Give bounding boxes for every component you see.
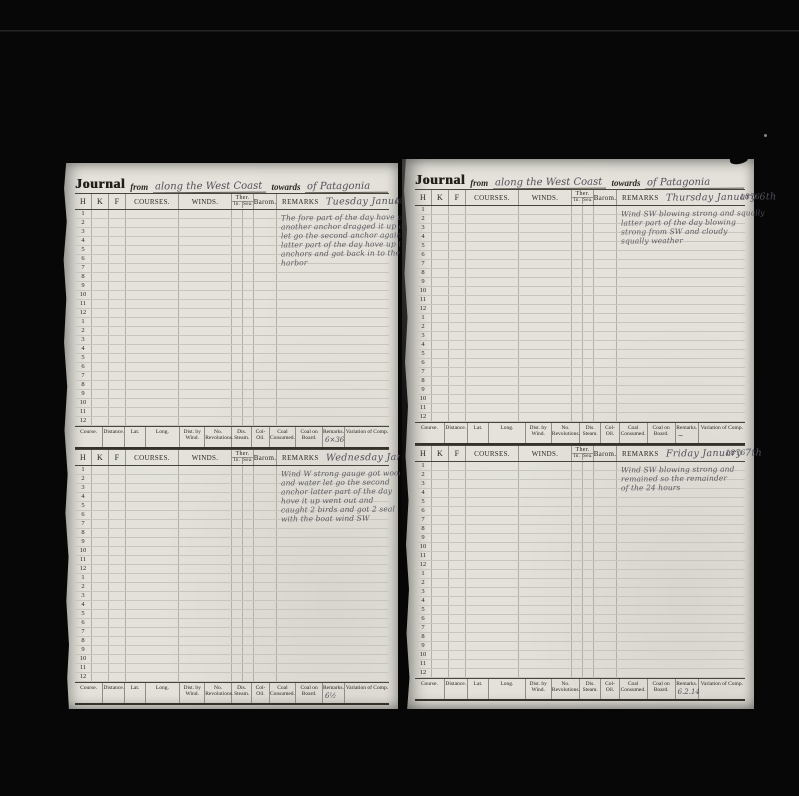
log-cell — [277, 619, 389, 627]
hour-cell: 9 — [415, 278, 432, 286]
log-cell — [583, 206, 594, 214]
log-cell — [583, 597, 594, 605]
log-cell — [583, 395, 594, 403]
log-cell — [583, 377, 594, 385]
journal-page-left: Journal from along the West Coast toward… — [62, 163, 398, 709]
log-cell — [466, 413, 519, 421]
hour-cell: 8 — [415, 269, 432, 277]
hour-cell: 8 — [75, 637, 92, 645]
hour-cell: 2 — [75, 583, 92, 591]
log-cell — [92, 372, 109, 380]
log-cell — [92, 246, 109, 254]
log-cell — [277, 529, 389, 537]
log-row: 8 — [415, 525, 745, 534]
log-cell — [594, 314, 617, 322]
log-cell — [126, 345, 179, 353]
log-cell — [572, 606, 583, 614]
log-cell — [617, 606, 745, 614]
hour-cell: 4 — [415, 489, 432, 497]
log-cell — [432, 404, 449, 412]
log-cell — [254, 538, 277, 546]
log-cell — [243, 345, 254, 353]
log-cell — [277, 318, 389, 326]
log-cell — [617, 642, 745, 650]
log-cell — [449, 516, 466, 524]
log-cell — [449, 278, 466, 286]
log-cell — [519, 525, 572, 533]
footer-col-course: Course. — [75, 427, 103, 447]
log-cell — [126, 610, 179, 618]
log-cell — [449, 480, 466, 488]
log-row: 7 — [415, 368, 745, 377]
log-cell — [572, 498, 583, 506]
log-cell — [232, 538, 243, 546]
log-row: 4 — [415, 489, 745, 498]
log-row: 2 — [415, 323, 745, 332]
log-cell — [277, 381, 389, 389]
log-cell — [179, 273, 232, 281]
footer-col-long: Long. — [489, 423, 525, 443]
log-cell — [243, 664, 254, 672]
log-cell — [126, 592, 179, 600]
log-row: 10 — [415, 395, 745, 404]
log-cell — [572, 386, 583, 394]
log-cell — [617, 570, 745, 578]
log-cell — [519, 633, 572, 641]
log-cell — [109, 601, 126, 609]
log-row: 7 — [415, 624, 745, 633]
hour-cell: 5 — [415, 606, 432, 614]
log-cell — [466, 278, 519, 286]
log-cell — [243, 228, 254, 236]
log-cell — [572, 552, 583, 560]
footer-note-handwriting: 6.2.14 — [678, 689, 700, 695]
log-cell — [254, 628, 277, 636]
hour-cell: 7 — [415, 624, 432, 632]
log-row: 5 — [415, 498, 745, 507]
log-cell — [519, 642, 572, 650]
log-cell — [432, 251, 449, 259]
log-cell — [572, 660, 583, 668]
log-table-header: H K F COURSES. WINDS. Ther. In. Sea. Bar… — [75, 193, 389, 210]
log-cell — [109, 664, 126, 672]
log-cell — [232, 345, 243, 353]
log-cell — [277, 502, 389, 510]
hour-cell: 9 — [415, 386, 432, 394]
log-cell — [594, 377, 617, 385]
log-cell — [519, 651, 572, 659]
log-cell — [179, 336, 232, 344]
log-cell — [277, 484, 389, 492]
log-cell — [179, 300, 232, 308]
log-cell — [109, 529, 126, 537]
log-cell — [594, 233, 617, 241]
log-cell — [594, 516, 617, 524]
log-cell — [92, 511, 109, 519]
hour-cell: 10 — [75, 655, 92, 663]
col-header-f: F — [449, 446, 466, 461]
log-cell — [232, 466, 243, 474]
log-row: 1 — [415, 206, 745, 215]
ther-subcolumns: In. Sea. — [572, 197, 593, 204]
log-cell — [277, 646, 389, 654]
log-row: 11 — [75, 300, 389, 309]
log-cell — [432, 480, 449, 488]
log-cell — [594, 552, 617, 560]
log-cell — [92, 318, 109, 326]
col-header-h: H — [75, 194, 92, 209]
log-cell — [109, 484, 126, 492]
towards-label: towards — [611, 178, 640, 189]
log-cell — [583, 215, 594, 223]
hour-cell: 11 — [75, 408, 92, 416]
footer-col-dis-steam: Dis. Steam. — [232, 427, 252, 447]
hour-cell: 3 — [415, 588, 432, 596]
log-cell — [432, 377, 449, 385]
log-cell — [594, 534, 617, 542]
log-cell — [572, 588, 583, 596]
log-cell — [243, 565, 254, 573]
log-cell — [466, 570, 519, 578]
log-cell — [519, 233, 572, 241]
log-cell — [583, 242, 594, 250]
log-cell — [449, 314, 466, 322]
hour-cell: 11 — [75, 664, 92, 672]
log-cell — [519, 350, 572, 358]
log-cell — [232, 282, 243, 290]
log-cell — [449, 242, 466, 250]
log-cell — [617, 368, 745, 376]
log-cell — [243, 264, 254, 272]
hour-cell: 5 — [75, 354, 92, 362]
hour-rows: The fore part of the day hove upanother … — [75, 210, 389, 426]
summary-footer-row: Course.Distance.Lat.Long.Dist. by Wind.N… — [415, 422, 745, 445]
col-header-winds: WINDS. — [179, 194, 232, 209]
log-cell — [109, 336, 126, 344]
hour-cell: 5 — [75, 502, 92, 510]
hour-cell: 1 — [75, 318, 92, 326]
footer-col-coal-consumed: Coal Consumed. — [270, 427, 297, 447]
log-row: 6 — [415, 507, 745, 516]
log-cell — [243, 372, 254, 380]
log-cell — [572, 305, 583, 313]
log-row: 3 — [415, 588, 745, 597]
log-cell — [572, 368, 583, 376]
log-row: 2 — [75, 327, 389, 336]
hour-cell: 3 — [75, 592, 92, 600]
log-cell — [466, 642, 519, 650]
footer-col-distance: Distance. — [445, 423, 468, 443]
log-cell — [466, 305, 519, 313]
log-cell — [92, 583, 109, 591]
hour-cell: 10 — [415, 651, 432, 659]
log-cell — [583, 462, 594, 470]
log-cell — [92, 354, 109, 362]
hour-cell: 11 — [415, 552, 432, 560]
log-row: 12 — [75, 309, 389, 318]
log-cell — [109, 255, 126, 263]
log-cell — [92, 255, 109, 263]
log-cell — [243, 628, 254, 636]
hour-cell: 10 — [415, 543, 432, 551]
log-cell — [466, 525, 519, 533]
footer-col-col-oil: Col-Oil. — [601, 679, 619, 699]
footer-col-remarks: Remarks.~ — [676, 423, 699, 443]
footer-col-remarks: Remarks.6.2.14 — [676, 679, 699, 699]
log-cell — [277, 372, 389, 380]
log-cell — [277, 264, 389, 272]
log-cell — [109, 592, 126, 600]
hour-cell: 6 — [75, 363, 92, 371]
log-cell — [449, 305, 466, 313]
log-cell — [572, 260, 583, 268]
log-cell — [232, 336, 243, 344]
log-cell — [432, 395, 449, 403]
hour-cell: 10 — [75, 399, 92, 407]
log-row: 2 — [415, 579, 745, 588]
log-cell — [254, 219, 277, 227]
log-cell — [232, 273, 243, 281]
col-header-ther: Ther. In. Sea. — [572, 190, 594, 205]
log-cell — [126, 664, 179, 672]
log-cell — [519, 278, 572, 286]
log-cell — [583, 534, 594, 542]
hour-cell: 1 — [75, 466, 92, 474]
log-cell — [232, 210, 243, 218]
footer-col-dis-steam: Dis. Steam. — [580, 423, 601, 443]
hour-cell: 4 — [75, 345, 92, 353]
log-row: 5 — [415, 242, 745, 251]
log-cell — [449, 404, 466, 412]
log-cell — [126, 300, 179, 308]
log-cell — [277, 655, 389, 663]
log-cell — [254, 408, 277, 416]
log-row: 8 — [75, 273, 389, 282]
log-cell — [449, 579, 466, 587]
log-cell — [232, 493, 243, 501]
log-cell — [254, 646, 277, 654]
log-cell — [126, 574, 179, 582]
log-cell — [572, 579, 583, 587]
log-cell — [92, 390, 109, 398]
log-cell — [519, 251, 572, 259]
hour-cell: 7 — [75, 264, 92, 272]
log-row: 2 — [415, 215, 745, 224]
log-cell — [277, 673, 389, 681]
log-cell — [594, 368, 617, 376]
log-row: 1 — [75, 466, 389, 475]
log-cell — [617, 278, 745, 286]
log-cell — [232, 547, 243, 555]
log-cell — [519, 579, 572, 587]
hour-cell: 12 — [75, 565, 92, 573]
log-cell — [179, 583, 232, 591]
log-cell — [466, 669, 519, 677]
log-row: 10 — [415, 651, 745, 660]
log-cell — [572, 480, 583, 488]
log-cell — [594, 386, 617, 394]
log-cell — [277, 408, 389, 416]
ther-sub-in: In. — [572, 197, 583, 204]
log-cell — [617, 579, 745, 587]
footer-col-no-revolutions: No. Revolutions. — [205, 683, 232, 703]
log-row: 10 — [75, 655, 389, 664]
remarks-label: REMARKS — [622, 450, 659, 458]
log-cell — [617, 660, 745, 668]
log-cell — [254, 210, 277, 218]
log-cell — [519, 462, 572, 470]
log-cell — [432, 413, 449, 421]
log-cell — [126, 336, 179, 344]
from-label: from — [130, 182, 148, 193]
log-cell — [109, 628, 126, 636]
ther-subcolumns: In. Sea. — [232, 457, 253, 464]
log-cell — [572, 233, 583, 241]
log-cell — [109, 273, 126, 281]
log-cell — [179, 282, 232, 290]
hour-cell: 5 — [75, 246, 92, 254]
log-cell — [466, 543, 519, 551]
log-cell — [254, 673, 277, 681]
log-cell — [232, 592, 243, 600]
log-cell — [179, 547, 232, 555]
log-cell — [466, 615, 519, 623]
log-cell — [617, 651, 745, 659]
log-cell — [449, 633, 466, 641]
footer-col-col-oil: Col-Oil. — [252, 427, 269, 447]
log-cell — [92, 529, 109, 537]
log-cell — [466, 233, 519, 241]
remarks-label: REMARKS — [282, 454, 319, 462]
log-cell — [572, 314, 583, 322]
log-cell — [583, 224, 594, 232]
log-cell — [432, 242, 449, 250]
log-cell — [594, 278, 617, 286]
log-cell — [92, 408, 109, 416]
log-row: 9 — [415, 278, 745, 287]
log-row: 4 — [75, 237, 389, 246]
hour-cell: 1 — [75, 210, 92, 218]
log-cell — [179, 363, 232, 371]
footer-note-handwriting: ~ — [678, 433, 684, 439]
log-cell — [432, 233, 449, 241]
log-cell — [449, 507, 466, 515]
log-cell — [466, 404, 519, 412]
log-cell — [243, 282, 254, 290]
log-cell — [519, 368, 572, 376]
ther-subcolumns: In. Sea. — [572, 453, 593, 460]
log-cell — [466, 498, 519, 506]
log-row: 12 — [415, 305, 745, 314]
log-cell — [179, 601, 232, 609]
log-cell — [583, 498, 594, 506]
footer-col-long: Long. — [489, 679, 525, 699]
hour-cell: 5 — [415, 350, 432, 358]
log-cell — [232, 664, 243, 672]
log-cell — [277, 538, 389, 546]
log-cell — [109, 583, 126, 591]
log-cell — [232, 556, 243, 564]
log-cell — [466, 507, 519, 515]
log-cell — [254, 390, 277, 398]
log-row: 3 — [415, 224, 745, 233]
log-cell — [126, 655, 179, 663]
hour-cell: 3 — [75, 228, 92, 236]
log-cell — [432, 579, 449, 587]
log-cell — [572, 534, 583, 542]
log-cell — [243, 556, 254, 564]
ther-subcolumns: In. Sea. — [232, 201, 253, 208]
log-cell — [92, 592, 109, 600]
footer-col-coal-consumed: Coal Consumed. — [620, 423, 648, 443]
log-cell — [449, 498, 466, 506]
log-cell — [432, 660, 449, 668]
log-cell — [92, 610, 109, 618]
log-row: 10 — [415, 287, 745, 296]
footer-col-dist-by-wind: Dist. by Wind. — [526, 423, 552, 443]
log-cell — [594, 642, 617, 650]
log-cell — [466, 552, 519, 560]
log-cell — [243, 210, 254, 218]
log-entry-table: H K F COURSES. WINDS. Ther. In. Sea. Bar… — [415, 189, 745, 445]
log-cell — [232, 390, 243, 398]
log-cell — [466, 206, 519, 214]
log-cell — [243, 601, 254, 609]
dust-speck — [764, 134, 767, 137]
log-cell — [243, 291, 254, 299]
log-cell — [254, 300, 277, 308]
log-cell — [126, 390, 179, 398]
journal-label: Journal — [75, 177, 125, 193]
log-cell — [92, 417, 109, 425]
log-cell — [92, 399, 109, 407]
log-cell — [449, 341, 466, 349]
log-cell — [594, 359, 617, 367]
hour-cell: 12 — [415, 305, 432, 313]
log-cell — [617, 215, 745, 223]
log-cell — [232, 237, 243, 245]
log-row: 2 — [415, 471, 745, 480]
footer-note-handwriting: 6×36 — [325, 437, 344, 443]
log-cell — [432, 507, 449, 515]
ther-sub-sea: Sea. — [243, 201, 253, 208]
log-cell — [594, 287, 617, 295]
log-cell — [583, 579, 594, 587]
log-cell — [594, 525, 617, 533]
hour-cell: 9 — [75, 282, 92, 290]
log-cell — [519, 606, 572, 614]
log-cell — [466, 516, 519, 524]
log-cell — [254, 291, 277, 299]
log-cell — [449, 669, 466, 677]
log-cell — [277, 547, 389, 555]
log-cell — [92, 264, 109, 272]
log-cell — [126, 417, 179, 425]
log-cell — [232, 399, 243, 407]
log-row: 11 — [415, 404, 745, 413]
entry-year-handwriting: 1876 — [740, 192, 760, 201]
log-cell — [232, 354, 243, 362]
log-cell — [126, 354, 179, 362]
log-cell — [572, 471, 583, 479]
hour-cell: 2 — [415, 323, 432, 331]
log-cell — [617, 386, 745, 394]
log-row: 6 — [415, 615, 745, 624]
log-cell — [466, 296, 519, 304]
log-cell — [617, 296, 745, 304]
log-cell — [617, 323, 745, 331]
log-cell — [277, 327, 389, 335]
